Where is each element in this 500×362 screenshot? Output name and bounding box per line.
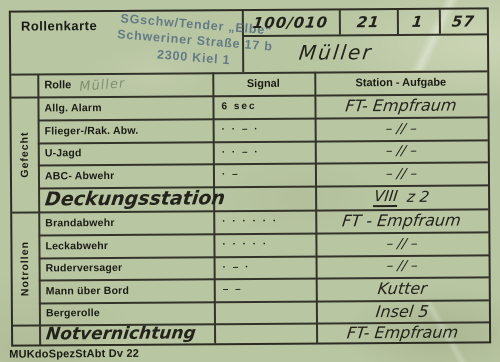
rolle-label: Brandabwehr [45, 216, 114, 228]
rolle-label: ABC- Abwehr [45, 169, 115, 181]
form-reference-number: MUKdoSpezStAbt Dv 22 [9, 348, 139, 361]
rolle-label: Mann über Bord [46, 284, 129, 297]
signal-cell: · · · · · · [222, 210, 314, 234]
header-signal-cell: Signal [212, 72, 314, 96]
signal-cell: · · · · · [222, 233, 314, 257]
station-cell: FT- Empfraum [314, 93, 487, 117]
signal-cell: · – · [223, 256, 315, 279]
table-row: Brandabwehr · · · · · · FT - Empfraum [12, 208, 488, 234]
table-row: Mann über Bord – – Kutter [13, 276, 489, 302]
header-station-label: Station - Aufgabe [355, 76, 446, 89]
table-row: Allg. Alarm 6 sec FT- Empfraum [11, 93, 487, 119]
card-outer-border: Rollenkarte SGschw/Tender „Elbe“ Schweri… [9, 7, 491, 346]
number-cell: 21 [339, 10, 397, 34]
station-cell: Kutter [316, 276, 489, 300]
rolle-label: Allg. Alarm [44, 102, 101, 114]
header-signal-label: Signal [247, 77, 280, 89]
station-entry: VIII [373, 187, 399, 207]
header-rolle-cell: Rolle [44, 73, 71, 96]
table-row: Notvernichtung FT- Empfraum [13, 321, 489, 344]
station-entry: Kutter [377, 279, 428, 298]
signal-value: · · · · · [222, 239, 268, 250]
name-entry-cell: Müller [246, 35, 426, 70]
rolle-cell: Bergerolle [46, 301, 214, 324]
rolle-cell: U-Jagd [45, 141, 213, 164]
rolle-cell: Mann über Bord [46, 278, 214, 302]
rolle-label: Ruderversager [46, 262, 123, 275]
number-value: 21 [355, 13, 380, 31]
signal-value: · – · [223, 261, 251, 272]
scan-area: Rollenkarte SGschw/Tender „Elbe“ Schweri… [0, 0, 500, 362]
station-ditto-mark: – // – [385, 120, 418, 136]
number-cell: 1 [397, 10, 439, 34]
station-ditto-mark: – // – [385, 165, 418, 181]
table-row: Flieger-/Rak. Abw. · · – · – // – [12, 116, 488, 142]
header-station-cell: Station - Aufgabe [314, 70, 487, 94]
handwritten-name: Müller [298, 40, 374, 65]
station-cell: FT- Empfraum [316, 321, 489, 342]
signal-cell: 6 sec [221, 95, 313, 119]
number-value: 1 [411, 13, 425, 31]
station-cell: – // – [316, 254, 489, 277]
station-entry: FT - Empfraum [341, 211, 462, 231]
signal-cell: · – [222, 163, 314, 187]
signal-value: – – [223, 284, 243, 295]
rollen-number-cell: 100/010 [242, 10, 339, 35]
station-entry-extra: z 2 [406, 188, 430, 206]
signal-value: · – [222, 169, 240, 180]
header-rolle-scribble: Müller [79, 73, 127, 97]
station-cell: – // – [315, 116, 488, 140]
rolle-cell: Flieger-/Rak. Abw. [45, 118, 213, 142]
station-entry: Insel 5 [375, 301, 430, 320]
station-cell: Insel 5 [316, 299, 489, 322]
number-cell: 57 [439, 9, 487, 33]
signal-cell: · · – · [222, 141, 314, 164]
station-ditto-mark: – // – [386, 258, 419, 274]
station-cell: – // – [315, 231, 488, 255]
station-entry: FT- Empfraum [344, 96, 457, 116]
rolle-handwritten-entry: Deckungsstation [44, 187, 226, 210]
signal-value: · · – · [222, 124, 260, 135]
station-cell: VIIIz 2 [315, 184, 488, 209]
station-entry: FT- Empfraum [346, 322, 459, 342]
scanned-rollenkarte-document: Rollenkarte SGschw/Tender „Elbe“ Schweri… [0, 0, 500, 362]
rolle-cell: Deckungsstation [45, 186, 213, 211]
signal-cell [223, 323, 315, 344]
table-row: ABC- Abwehr · – – // – [12, 161, 488, 187]
signal-cell: – – [223, 278, 315, 302]
signal-cell: · · – · [222, 118, 314, 142]
signal-value: 6 sec [221, 101, 256, 112]
signal-value: · · · · · · [222, 216, 278, 227]
rolle-label: Flieger-/Rak. Abw. [45, 124, 139, 137]
rolle-handwritten-entry: Notvernichtung [45, 323, 197, 344]
rollen-number-value: 100/010 [252, 13, 329, 32]
number-value: 57 [450, 12, 475, 30]
table-row: Leckabwehr · · · · · – // – [12, 231, 488, 257]
station-ditto-mark: – // – [385, 143, 418, 159]
table-row: Deckungsstation VIIIz 2 [12, 184, 488, 211]
signal-value: · · – · [222, 146, 260, 157]
rolle-label: U-Jagd [45, 147, 82, 159]
rolle-cell: Leckabwehr [45, 233, 213, 257]
rolle-cell: ABC- Abwehr [45, 163, 213, 187]
header-rolle-label: Rolle [44, 79, 71, 91]
rolle-cell: Ruderversager [46, 256, 214, 279]
station-cell: – // – [315, 161, 488, 185]
rolle-cell: Allg. Alarm [44, 95, 212, 119]
rolle-cell: Notvernichtung [46, 323, 214, 344]
rolle-label: Bergerolle [46, 307, 100, 319]
signal-cell [223, 301, 315, 324]
station-ditto-mark: – // – [385, 235, 418, 251]
station-cell: FT - Empfraum [315, 208, 488, 232]
rolle-label: Leckabwehr [45, 239, 108, 251]
station-cell: – // – [315, 139, 488, 162]
rolle-cell: Brandabwehr [45, 210, 213, 234]
signal-cell [222, 186, 314, 211]
